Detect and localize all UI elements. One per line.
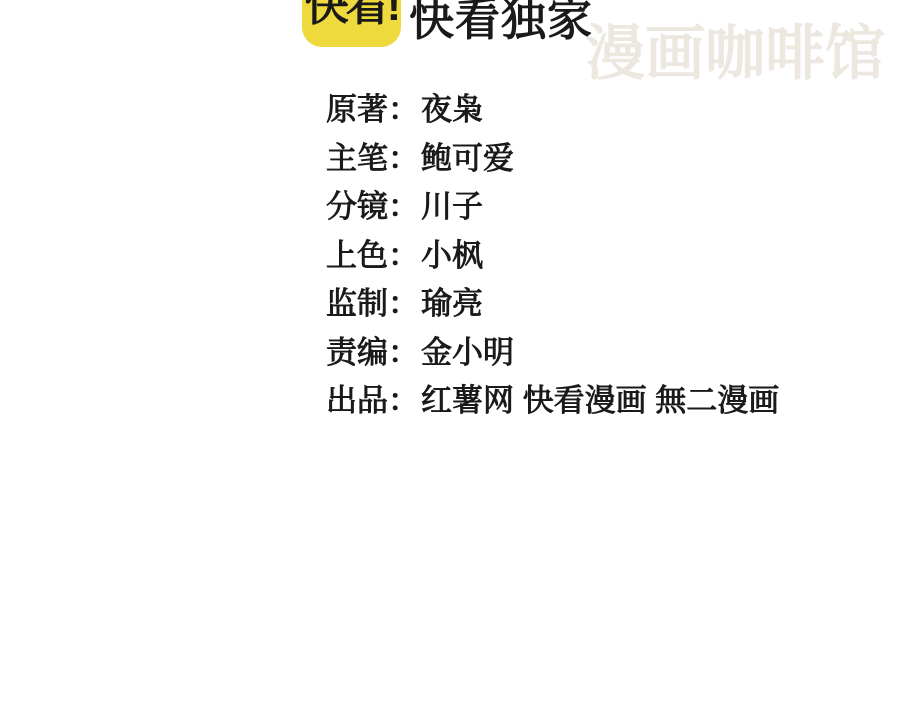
kuaikan-app-logo: 快看! — [302, 0, 401, 47]
credit-value: 红薯网 快看漫画 無二漫画 — [421, 383, 779, 418]
credit-label: 主笔 — [326, 141, 388, 176]
credit-row-lead-artist: 主笔：鲍可爱 — [326, 135, 779, 184]
credit-value: 瑜亮 — [421, 286, 483, 321]
credit-row-coloring: 上色：小枫 — [326, 232, 779, 281]
credit-colon: ： — [388, 335, 419, 370]
credit-row-supervisor: 监制：瑜亮 — [326, 280, 779, 329]
credit-value: 金小明 — [421, 335, 514, 370]
credit-value: 川子 — [421, 189, 483, 224]
credit-value: 鲍可爱 — [421, 141, 514, 176]
credit-colon: ： — [388, 92, 419, 127]
credit-colon: ： — [388, 383, 419, 418]
credit-colon: ： — [388, 286, 419, 321]
credit-row-storyboard: 分镜：川子 — [326, 183, 779, 232]
credit-colon: ： — [388, 141, 419, 176]
credit-label: 分镜 — [326, 189, 388, 224]
credit-label: 监制 — [326, 286, 388, 321]
watermark-text: 漫画咖啡馆 — [585, 6, 885, 92]
credit-label: 责编 — [326, 335, 388, 370]
credit-colon: ： — [388, 189, 419, 224]
credit-label: 上色 — [326, 238, 388, 273]
credit-row-original-author: 原著：夜枭 — [326, 86, 779, 135]
credit-row-editor: 责编：金小明 — [326, 329, 779, 378]
credits-list: 原著：夜枭 主笔：鲍可爱 分镜：川子 上色：小枫 监制：瑜亮 责编：金小明 出品… — [326, 86, 779, 426]
kuaikan-logo-text: 快看! — [305, 0, 399, 33]
credit-row-producer: 出品：红薯网 快看漫画 無二漫画 — [326, 377, 779, 426]
credit-label: 原著 — [326, 92, 388, 127]
credit-label: 出品 — [326, 383, 388, 418]
credit-value: 小枫 — [421, 238, 483, 273]
page-title: 快看独家 — [409, 0, 593, 48]
credit-colon: ： — [388, 238, 419, 273]
credit-value: 夜枭 — [421, 92, 483, 127]
